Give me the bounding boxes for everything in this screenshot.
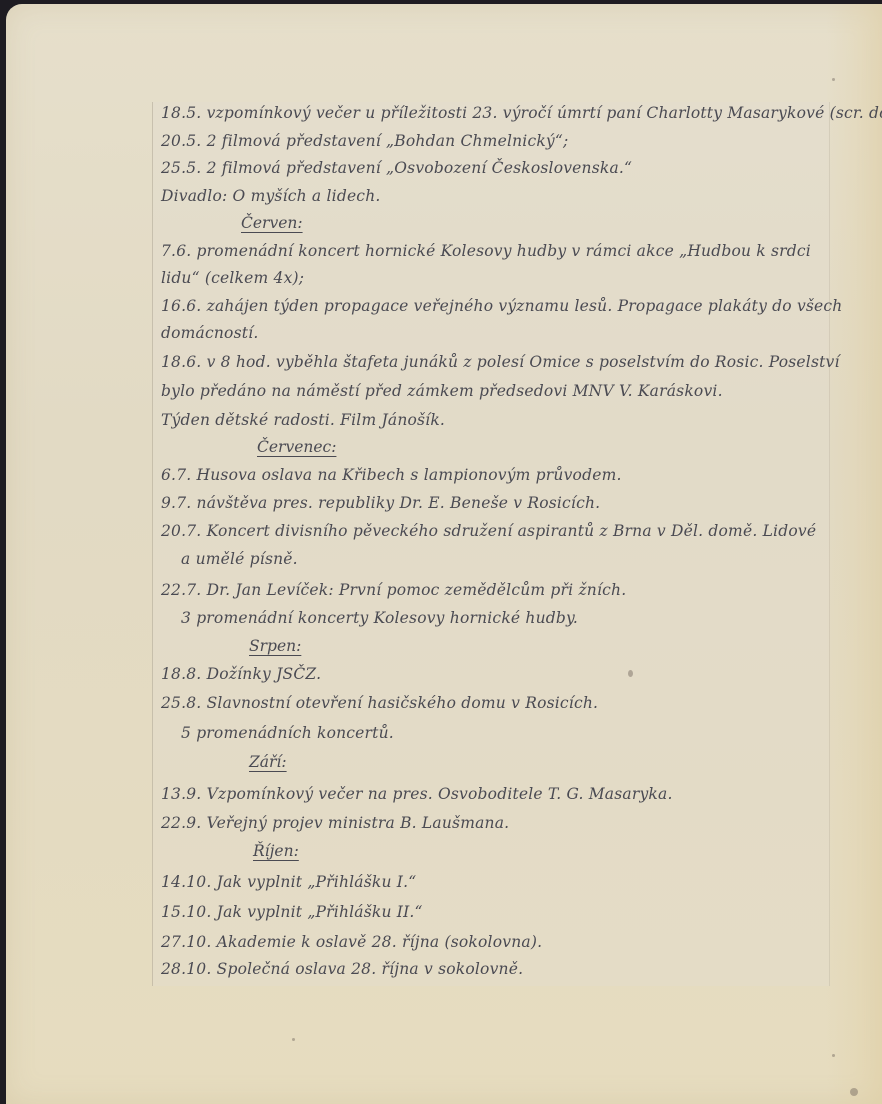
entry-line: 25.8. Slavnostní otevření hasičského dom…: [161, 694, 598, 712]
entry-line: 5 promenádních koncertů.: [181, 724, 394, 742]
entry-text: Jak vyplnit „Přihlášku II.“: [217, 903, 423, 921]
entry-line: 25.5. 2 filmová představení „Osvobození …: [161, 159, 632, 177]
entry-line: bylo předáno na náměstí před zámkem před…: [161, 382, 723, 400]
entry-line: 22.7. Dr. Jan Levíček: První pomoc zeměd…: [161, 581, 626, 599]
entry-line: 16.6. zahájen týden propagace veřejného …: [161, 297, 843, 315]
entry-date: 22.7.: [161, 581, 201, 599]
entry-date: 6.7.: [161, 466, 191, 484]
entry-line: 18.6. v 8 hod. vyběhla štafeta junáků z …: [161, 353, 840, 371]
entry-text: v 8 hod. vyběhla štafeta junáků z polesí…: [207, 353, 840, 371]
paper-speck: [292, 1038, 295, 1041]
entry-date: 20.7.: [161, 522, 201, 540]
entry-line: Týden dětské radosti. Film Jánošík.: [161, 411, 445, 429]
entry-date: 27.10.: [161, 933, 212, 951]
entry-text: Slavnostní otevření hasičského domu v Ro…: [207, 694, 599, 712]
entry-text: vzpomínkový večer u příležitosti 23. výr…: [207, 104, 882, 122]
entry-date: 20.5.: [161, 132, 201, 150]
entry-text: návštěva pres. republiky Dr. E. Beneše v…: [197, 494, 601, 512]
entry-line: 18.5. vzpomínkový večer u příležitosti 2…: [161, 104, 882, 122]
entry-text: Jak vyplnit „Přihlášku I.“: [217, 873, 417, 891]
entry-line: 20.7. Koncert divisního pěveckého sdruže…: [161, 522, 816, 540]
paper-speck: [628, 670, 633, 677]
entry-line: 7.6. promenádní koncert hornické Kolesov…: [161, 242, 811, 260]
entry-text: Husova oslava na Křibech s lampionovým p…: [197, 466, 622, 484]
entry-line: 15.10. Jak vyplnit „Přihlášku II.“: [161, 903, 423, 921]
entry-text: Divadlo: O myších a lidech.: [161, 187, 381, 205]
paper-speck: [832, 1054, 835, 1057]
month-heading-cerven: Červen:: [241, 214, 303, 232]
entry-date: 15.10.: [161, 903, 212, 921]
handwritten-page: 18.5. vzpomínkový večer u příležitosti 2…: [6, 4, 882, 1100]
entry-text: 2 filmová představení „Bohdan Chmelnický…: [207, 132, 569, 150]
entry-date: 18.6.: [161, 353, 201, 371]
entry-date: 14.10.: [161, 873, 212, 891]
entry-date: 25.5.: [161, 159, 201, 177]
entry-date: 7.6.: [161, 242, 191, 260]
entry-line: a umělé písně.: [181, 550, 298, 568]
month-heading-rijen: Říjen:: [253, 842, 299, 860]
entry-text: Týden dětské radosti. Film Jánošík.: [161, 411, 445, 429]
entry-date: 18.8.: [161, 665, 201, 683]
entry-line: 27.10. Akademie k oslavě 28. října (soko…: [161, 933, 542, 951]
entry-text: 2 filmová představení „Osvobození Českos…: [207, 159, 633, 177]
entry-line: 6.7. Husova oslava na Křibech s lampiono…: [161, 466, 622, 484]
entry-text: domácností.: [161, 324, 258, 342]
page-edge-shading: [826, 4, 882, 1100]
entry-line: 20.5. 2 filmová představení „Bohdan Chme…: [161, 132, 568, 150]
entry-date: 18.5.: [161, 104, 201, 122]
entry-text: bylo předáno na náměstí před zámkem před…: [161, 382, 723, 400]
entry-text: 5 promenádních koncertů.: [181, 724, 394, 742]
entry-text: Akademie k oslavě 28. října (sokolovna).: [217, 933, 543, 951]
entry-text: Veřejný projev ministra B. Laušmana.: [207, 814, 510, 832]
entry-date: 22.9.: [161, 814, 201, 832]
paper-speck: [850, 1088, 858, 1096]
entry-text: lidu“ (celkem 4x);: [161, 269, 304, 287]
entry-line: 18.8. Dožínky JSČZ.: [161, 665, 321, 683]
entry-text: promenádní koncert hornické Kolesovy hud…: [197, 242, 811, 260]
entry-line: domácností.: [161, 324, 258, 342]
text-block: 18.5. vzpomínkový večer u příležitosti 2…: [152, 102, 830, 986]
entry-line: lidu“ (celkem 4x);: [161, 269, 304, 287]
entry-date: 28.10.: [161, 960, 212, 978]
entry-line: Divadlo: O myších a lidech.: [161, 187, 381, 205]
month-heading-srpen: Srpen:: [249, 637, 301, 655]
entry-text: zahájen týden propagace veřejného význam…: [207, 297, 843, 315]
entry-date: 25.8.: [161, 694, 201, 712]
entry-line: 22.9. Veřejný projev ministra B. Laušman…: [161, 814, 509, 832]
entry-date: 9.7.: [161, 494, 191, 512]
entry-text: a umělé písně.: [181, 550, 298, 568]
entry-line: 9.7. návštěva pres. republiky Dr. E. Ben…: [161, 494, 600, 512]
entry-line: 3 promenádní koncerty Kolesovy hornické …: [181, 609, 578, 627]
entry-text: Dr. Jan Levíček: První pomoc zemědělcům …: [207, 581, 627, 599]
paper-speck: [832, 78, 835, 81]
entry-line: 28.10. Společná oslava 28. října v sokol…: [161, 960, 523, 978]
entry-text: 3 promenádní koncerty Kolesovy hornické …: [181, 609, 578, 627]
month-heading-cervenec: Červenec:: [257, 438, 336, 456]
entry-text: Koncert divisního pěveckého sdružení asp…: [207, 522, 817, 540]
entry-text: Dožínky JSČZ.: [207, 665, 322, 683]
entry-text: Společná oslava 28. října v sokolovně.: [217, 960, 524, 978]
month-heading-zari: Září:: [249, 753, 287, 771]
entry-text: Vzpomínkový večer na pres. Osvoboditele …: [207, 785, 673, 803]
entry-date: 13.9.: [161, 785, 201, 803]
entry-date: 16.6.: [161, 297, 201, 315]
entry-line: 14.10. Jak vyplnit „Přihlášku I.“: [161, 873, 416, 891]
entry-line: 13.9. Vzpomínkový večer na pres. Osvobod…: [161, 785, 673, 803]
